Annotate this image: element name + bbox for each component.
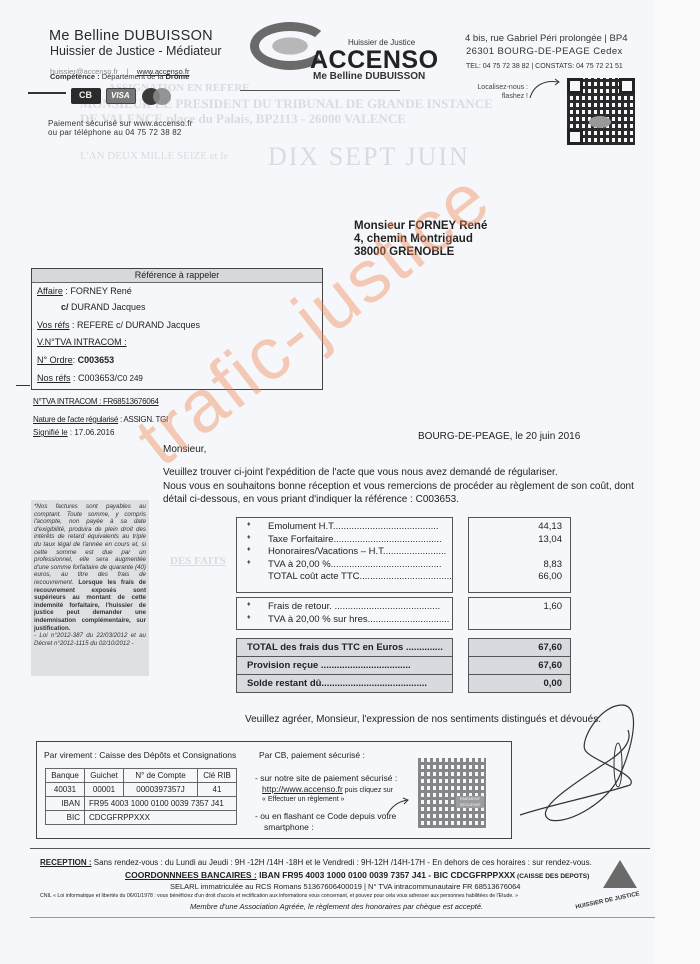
secure-payment-badge: PAIEMENTSÉCURISÉ <box>456 796 484 808</box>
cb-link-line: http://www.accenso.fr puis cliquez sur <box>262 784 393 794</box>
diamond-bullet-icon: ♦ <box>247 601 251 608</box>
location-qr-code-icon[interactable] <box>567 78 635 145</box>
bank-code: 40031 <box>46 783 85 797</box>
competence-label: Compétence : <box>50 72 100 81</box>
diamond-bullet-icon: ♦ <box>247 546 251 553</box>
bank-header-cle: Clé RIB <box>198 769 237 783</box>
fee-label: Frais de retour. .......................… <box>268 601 440 612</box>
footer-divider-top <box>30 848 650 849</box>
fees-labels-box-1: ♦Emolument H.T..........................… <box>236 517 453 593</box>
iban-label: IBAN <box>46 797 85 811</box>
bic-value: CDCGFRPPXXX <box>85 811 237 825</box>
total-value: 67,60 <box>469 639 570 657</box>
fee-label: Emolument H.T...........................… <box>268 521 439 532</box>
fee-label: TOTAL coût acte TTC.....................… <box>268 571 452 582</box>
bailiff-name: Me Belline DUBUISSON <box>49 28 213 44</box>
signature-icon <box>510 700 650 830</box>
locate-text-1: Localisez-nous : <box>468 84 528 91</box>
locate-text-2: flashez ! <box>468 93 528 100</box>
cb-card-icon: CB <box>71 88 101 104</box>
total-label: TOTAL des frais dus TTC en Euros .......… <box>237 639 452 657</box>
cb-title: Par CB, paiement sécurisé : <box>259 750 365 760</box>
reception-line: RECEPTION : Sans rendez-vous : du Lundi … <box>40 858 592 867</box>
fold-mark <box>16 385 30 386</box>
ghost-text-4: L'AN DEUX MILLE SEIZE et le <box>80 150 228 162</box>
bic-label: BIC <box>46 811 85 825</box>
logo-owner: Me Belline DUBUISSON <box>313 71 425 82</box>
payment-methods-box: Par virement : Caisse des Dépôts et Cons… <box>36 741 512 839</box>
address-line-2: 26301 BOURG-DE-PEAGE Cedex <box>466 46 623 57</box>
tva-intracom-label: V.N°TVA INTRACOM : <box>37 337 127 347</box>
strike-line <box>240 90 400 91</box>
fee-label: TVA à 20,00 %...........................… <box>268 559 442 570</box>
visa-card-icon: VISA <box>106 88 136 104</box>
phone-line: TEL: 04 75 72 38 82 | CONSTATS: 04 75 72… <box>466 63 623 70</box>
signifie-line: Signifié le : 17.06.2016 <box>33 428 114 437</box>
total-value: 0,00 <box>469 675 570 692</box>
arrow-icon <box>385 797 411 817</box>
competence-value: Département de la <box>102 72 164 81</box>
fees-values-box-1: 44,1313,048,8366,00 <box>468 517 571 593</box>
diamond-bullet-icon: ♦ <box>247 559 251 566</box>
diamond-bullet-icon: ♦ <box>247 534 251 541</box>
arrow-icon <box>528 76 562 100</box>
bank-transfer-title: Par virement : Caisse des Dépôts et Cons… <box>44 750 236 760</box>
affaire-line: Affaire : FORNEY René <box>37 286 132 296</box>
diamond-bullet-icon: ♦ <box>247 614 251 621</box>
reference-heading: Référence à rappeler <box>32 269 322 283</box>
contre-line: c/ DURAND Jacques <box>61 302 146 312</box>
rib-key: 41 <box>198 783 237 797</box>
place-date: BOURG-DE-PEAGE, le 20 juin 2016 <box>418 431 580 442</box>
late-payment-notice: *Nos factures sont payables au comptant.… <box>31 500 149 676</box>
bank-header-compte: N° de Compte <box>124 769 198 783</box>
scan-edge <box>655 0 700 964</box>
ghost-text-6: DES FAITS <box>170 555 226 567</box>
bank-coordinates-line: COORDONNNEES BANCAIRES : IBAN FR95 4003 … <box>125 870 589 880</box>
cb-line-1: - sur notre site de paiement sécurisé : <box>255 773 397 783</box>
letter-paragraph-2b: détail ci-dessous, en vous priant d'indi… <box>163 494 459 505</box>
letter-paragraph-2a: Nous vous en souhaitons bonne réception … <box>163 481 634 492</box>
bailiff-title: Huissier de Justice - Médiateur <box>50 44 222 58</box>
payment-qr-code-icon[interactable]: PAIEMENTSÉCURISÉ <box>418 758 486 828</box>
cb-line-5: smartphone : <box>264 822 314 832</box>
payment-line-2: ou par téléphone au 04 75 72 38 82 <box>48 128 182 137</box>
cb-line-4: - ou en flashant ce Code depuis votre <box>255 811 396 821</box>
totals-labels-box: TOTAL des frais dus TTC en Euros .......… <box>236 638 453 693</box>
branch-code: 00001 <box>85 783 124 797</box>
vos-refs-line: Vos réfs : REFERE c/ DURAND Jacques <box>37 320 200 330</box>
payment-site-link[interactable]: http://www.accenso.fr <box>262 784 343 794</box>
payment-line-1: Paiement sécurisé sur www.accenso.fr <box>48 119 193 128</box>
fee-label: Taxe Forfaitaire........................… <box>268 534 442 545</box>
total-label: Provision reçue ........................… <box>237 657 452 675</box>
fees-labels-box-2: ♦Frais de retour. ......................… <box>236 597 453 630</box>
cb-line-3: « Effectuer un règlement » <box>262 796 344 803</box>
fees-values-box-2: 1,60 <box>468 597 571 630</box>
bank-header-banque: Banque <box>46 769 85 783</box>
mastercard-icon-right <box>153 88 171 105</box>
fee-label: TVA à 20,00 % sur hres..................… <box>268 614 449 625</box>
footer-divider-bottom <box>30 917 655 918</box>
ordre-line: N° Ordre: C003653 <box>37 355 114 365</box>
selarl-line: SELARL immatriculée au RCS Romans 513676… <box>170 882 520 891</box>
competence-region: Drôme <box>165 72 189 81</box>
bank-header-guichet: Guichet <box>85 769 124 783</box>
total-label: Solde restant dû........................… <box>237 675 452 692</box>
member-line: Membre d'une Association Agréée, le règl… <box>190 902 483 911</box>
bank-details-table: Banque Guichet N° de Compte Clé RIB 4003… <box>45 768 237 825</box>
account-number: 0000397357J <box>124 783 198 797</box>
iban-value: FR95 4003 1000 0100 0039 7357 J41 <box>85 797 237 811</box>
competence-line: Compétence : Département de la Drôme <box>50 72 189 81</box>
nos-refs-line: Nos réfs : C003653/C0 249 <box>37 373 143 383</box>
address-line-1: 4 bis, rue Gabriel Péri prolongée | BP4 <box>465 33 627 44</box>
fee-label: Honoraires/Vacations – H.T..............… <box>268 546 446 557</box>
totals-values-box: 67,6067,600,00 <box>468 638 571 693</box>
diamond-bullet-icon: ♦ <box>247 521 251 528</box>
letter-paragraph-1: Veuillez trouver ci-joint l'expédition d… <box>163 467 558 478</box>
total-value: 67,60 <box>469 657 570 675</box>
cnil-line: CNIL « Loi informatique et libertés du 0… <box>40 893 518 899</box>
decorative-dash <box>28 92 66 94</box>
